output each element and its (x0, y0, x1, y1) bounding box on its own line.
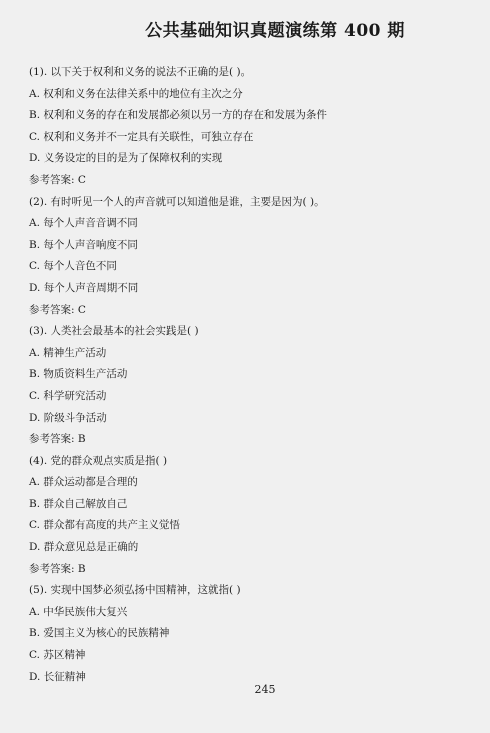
option-a: A. 权利和义务在法律关系中的地位有主次之分 (29, 84, 327, 106)
question-2: (2). 有时听见一个人的声音就可以知道他是谁，主要是因为( )。 A. 每个人… (29, 192, 327, 322)
option-d: D. 阶级斗争活动 (29, 408, 327, 430)
question-stem: (1). 以下关于权利和义务的说法不正确的是( )。 (29, 62, 327, 84)
question-stem: (4). 党的群众观点实质是指( ) (29, 451, 327, 473)
answer: 参考答案: C (29, 170, 327, 192)
question-1: (1). 以下关于权利和义务的说法不正确的是( )。 A. 权利和义务在法律关系… (29, 62, 327, 192)
option-b: B. 群众自己解放自己 (29, 494, 327, 516)
option-b: B. 每个人声音响度不同 (29, 235, 327, 257)
question-stem: (3). 人类社会最基本的社会实践是( ) (29, 321, 327, 343)
option-c: C. 科学研究活动 (29, 386, 327, 408)
answer: 参考答案: B (29, 429, 327, 451)
answer: 参考答案: C (29, 300, 327, 322)
option-d: D. 义务设定的目的是为了保障权利的实现 (29, 148, 327, 170)
option-a: A. 群众运动都是合理的 (29, 472, 327, 494)
question-4: (4). 党的群众观点实质是指( ) A. 群众运动都是合理的 B. 群众自己解… (29, 451, 327, 581)
option-a: A. 精神生产活动 (29, 343, 327, 365)
page-title: 公共基础知识真题演练第 400 期 (0, 16, 490, 41)
option-b: B. 物质资料生产活动 (29, 364, 327, 386)
option-a: A. 中华民族伟大复兴 (29, 602, 327, 624)
question-stem: (5). 实现中国梦必须弘扬中国精神，这就指( ) (29, 580, 327, 602)
option-c: C. 权利和义务并不一定具有关联性，可独立存在 (29, 127, 327, 149)
option-a: A. 每个人声音音调不同 (29, 213, 327, 235)
question-5: (5). 实现中国梦必须弘扬中国精神，这就指( ) A. 中华民族伟大复兴 B.… (29, 580, 327, 688)
option-d: D. 每个人声音周期不同 (29, 278, 327, 300)
option-c: C. 苏区精神 (29, 645, 327, 667)
option-b: B. 权利和义务的存在和发展都必须以另一方的存在和发展为条件 (29, 105, 327, 127)
question-stem: (2). 有时听见一个人的声音就可以知道他是谁，主要是因为( )。 (29, 192, 327, 214)
page-number: 245 (0, 683, 490, 696)
option-c: C. 每个人音色不同 (29, 256, 327, 278)
option-c: C. 群众都有高度的共产主义觉悟 (29, 515, 327, 537)
question-list: (1). 以下关于权利和义务的说法不正确的是( )。 A. 权利和义务在法律关系… (29, 62, 327, 688)
answer: 参考答案: B (29, 559, 327, 581)
option-d: D. 群众意见总是正确的 (29, 537, 327, 559)
option-b: B. 爱国主义为核心的民族精神 (29, 623, 327, 645)
question-3: (3). 人类社会最基本的社会实践是( ) A. 精神生产活动 B. 物质资料生… (29, 321, 327, 451)
